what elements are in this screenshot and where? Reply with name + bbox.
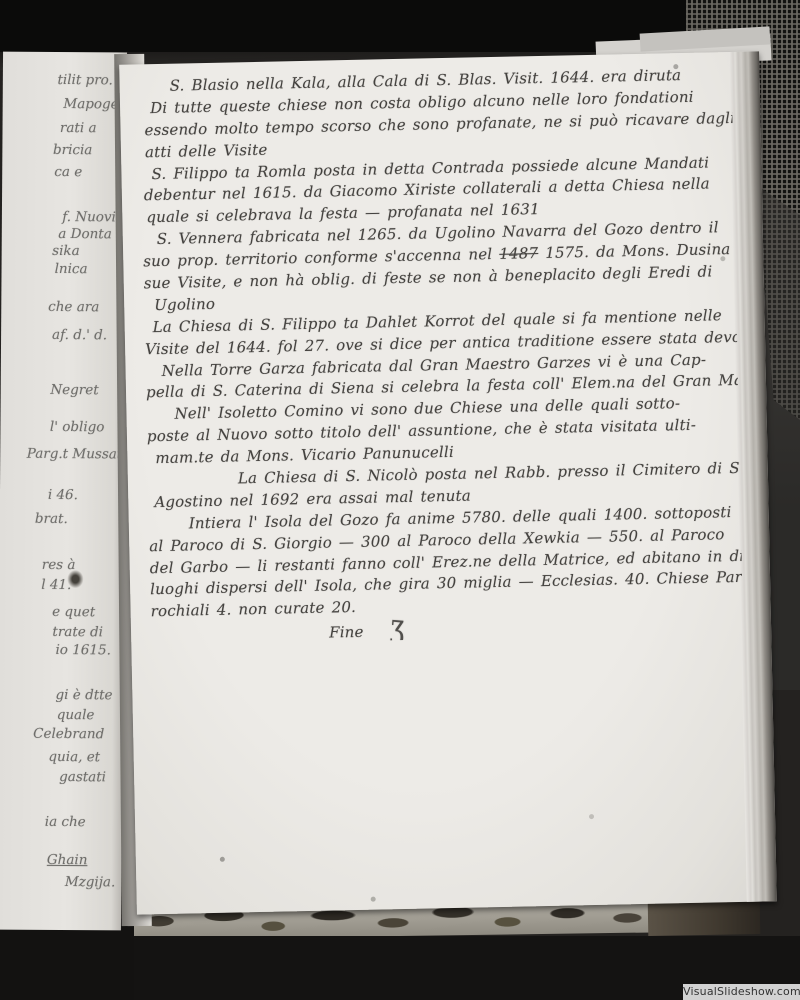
left-page-fragment: Celebrand <box>33 726 104 742</box>
left-page-fragment: quia, et <box>48 749 100 765</box>
left-page-fragment: Parg.t Mussat <box>27 446 123 463</box>
left-page-fragment: Negret <box>50 382 98 398</box>
watermark-link[interactable]: VisualSlideshow.com <box>683 984 800 1000</box>
left-page-fragment: tilit pro. <box>57 72 112 88</box>
struck-text: 1487 <box>499 244 538 263</box>
marbled-board-edge-dark <box>648 898 761 936</box>
manuscript-text-block: S. Blasio nella Kala, alla Cala di S. Bl… <box>139 64 743 645</box>
manuscript-text: Fine <box>329 623 364 642</box>
manuscript-line: Fineʒ <box>329 611 743 642</box>
left-page-fragment: quale <box>57 707 95 723</box>
left-page-fragment: i 46. <box>48 487 78 503</box>
left-page-fragment: af. d.' d. <box>52 327 107 343</box>
left-page-fragment: Mapoge <box>63 96 118 112</box>
photo-bottom-left-band <box>0 926 134 1000</box>
left-page-fragment: ca e <box>54 164 82 180</box>
left-page-fragment: rati a <box>60 120 97 136</box>
manuscript-text: 1575. da Mons. Dusina nelle <box>538 239 743 262</box>
left-page-fragment: ia che <box>45 814 86 830</box>
main-page: S. Blasio nella Kala, alla Cala di S. Bl… <box>119 51 777 914</box>
left-page-fragment: e quet <box>52 604 95 620</box>
fine-flourish: ʒ <box>388 614 405 645</box>
left-page-fragment: lnica <box>55 261 88 277</box>
left-page-fragment: trate di <box>52 624 103 640</box>
left-page-fragment: bricia <box>53 142 92 158</box>
left-page-fragment: brat. <box>35 511 68 527</box>
left-page-fragment: l 41. <box>41 577 71 593</box>
left-page-fragment: sika <box>52 243 80 259</box>
left-page-fragment: Mzgija. <box>65 874 116 890</box>
left-page-fragment: a Donta <box>58 226 112 242</box>
paper-specks <box>119 65 122 68</box>
left-page-fragment: gastati <box>59 769 106 785</box>
left-page-fragment: gi è dtte <box>56 687 113 703</box>
left-page-fragment: res à <box>42 557 76 573</box>
left-page-fragment: l' obligo <box>50 419 105 435</box>
left-page-fragment: Ghain <box>47 852 88 868</box>
left-page-fragment: f. Nuovi <box>62 209 116 225</box>
left-page-fragment: che ara <box>48 299 99 315</box>
left-page-fragment: io 1615. <box>55 642 111 658</box>
left-page: tilit pro.Mapogerati abriciaca ef. Nuovi… <box>0 52 127 931</box>
